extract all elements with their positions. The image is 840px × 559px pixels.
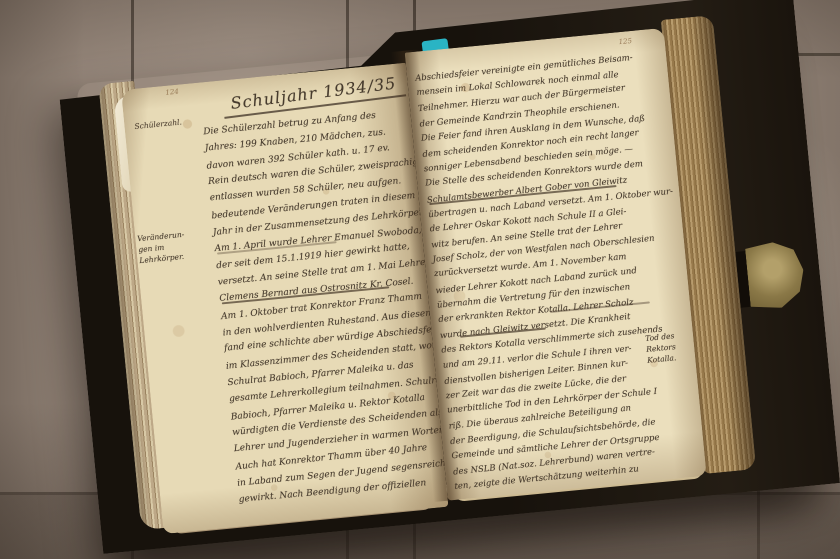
- page-number-left: 124: [165, 88, 179, 97]
- margin-note-line: Kotalla.: [647, 352, 678, 366]
- margin-note-lehrkoerper: Veränderun-gen imLehrkörper.: [137, 229, 187, 266]
- photo-of-open-chronicle-book: 124 Schuljahr 1934/35 Schülerzahl. Verän…: [0, 0, 840, 559]
- margin-note-tod-kotalla: Tod desRektorsKotalla.: [645, 330, 678, 366]
- margin-note-schuelerzahl: Schülerzahl.: [134, 116, 182, 131]
- open-book: 124 Schuljahr 1934/35 Schülerzahl. Verän…: [71, 7, 775, 540]
- page-number-right: 125: [618, 37, 632, 46]
